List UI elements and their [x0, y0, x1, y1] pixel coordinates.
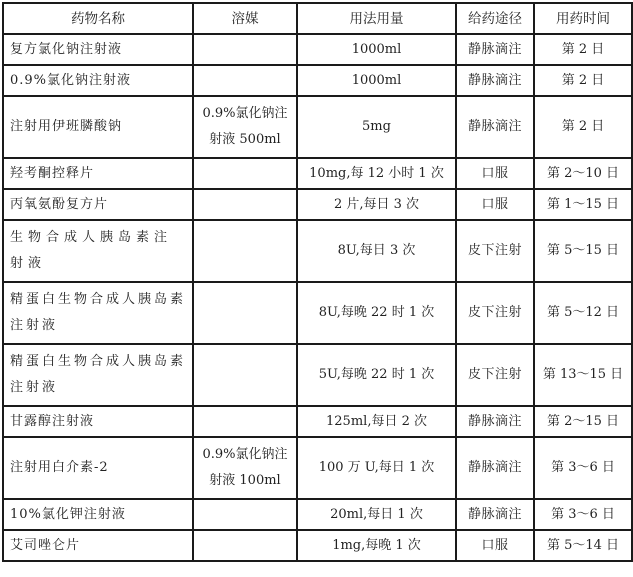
header-drug-name: 药物名称: [3, 3, 193, 34]
table-row: 羟考酮控释片 10mg,每 12 小时 1 次 口服 第 2～10 日: [3, 158, 632, 189]
solvent: [193, 499, 297, 530]
drug-name: 丙氧氨酚复方片: [3, 189, 193, 220]
table-row: 0.9%氯化钠注射液 1000ml 静脉滴注 第 2 日: [3, 65, 632, 96]
solvent: [193, 220, 297, 282]
medication-table: 药物名称 溶媒 用法用量 给药途径 用药时间 复方氯化钠注射液 1000ml 静…: [2, 2, 633, 562]
table-row: 精蛋白生物合成人胰岛素注射液 8U,每晚 22 时 1 次 皮下注射 第 5～1…: [3, 282, 632, 344]
solvent: [193, 34, 297, 65]
table-row: 复方氯化钠注射液 1000ml 静脉滴注 第 2 日: [3, 34, 632, 65]
table-row: 生物合成人胰岛素注射液 8U,每日 3 次 皮下注射 第 5～15 日: [3, 220, 632, 282]
dosage: 20ml,每日 1 次: [297, 499, 456, 530]
route: 口服: [456, 530, 534, 561]
table-row: 甘露醇注射液 125ml,每日 2 次 静脉滴注 第 2～15 日: [3, 406, 632, 437]
time: 第 2 日: [534, 96, 632, 158]
time: 第 5～15 日: [534, 220, 632, 282]
dosage: 8U,每晚 22 时 1 次: [297, 282, 456, 344]
time: 第 2 日: [534, 65, 632, 96]
table-row: 注射用白介素-2 0.9%氯化钠注射液 100ml 100 万 U,每日 1 次…: [3, 437, 632, 499]
route: 口服: [456, 189, 534, 220]
table-row: 丙氧氨酚复方片 2 片,每日 3 次 口服 第 1～15 日: [3, 189, 632, 220]
drug-name: 注射用伊班膦酸钠: [3, 96, 193, 158]
solvent: [193, 189, 297, 220]
time: 第 5～14 日: [534, 530, 632, 561]
table-row: 艾司唑仑片 1mg,每晚 1 次 口服 第 5～14 日: [3, 530, 632, 561]
dosage: 5U,每晚 22 时 1 次: [297, 344, 456, 406]
solvent: [193, 344, 297, 406]
drug-name: 0.9%氯化钠注射液: [3, 65, 193, 96]
header-dosage: 用法用量: [297, 3, 456, 34]
time: 第 3～6 日: [534, 499, 632, 530]
header-time: 用药时间: [534, 3, 632, 34]
time: 第 2 日: [534, 34, 632, 65]
solvent: 0.9%氯化钠注射液 500ml: [193, 96, 297, 158]
drug-name: 艾司唑仑片: [3, 530, 193, 561]
dosage: 125ml,每日 2 次: [297, 406, 456, 437]
solvent: [193, 158, 297, 189]
drug-name: 复方氯化钠注射液: [3, 34, 193, 65]
solvent: [193, 65, 297, 96]
drug-name: 精蛋白生物合成人胰岛素注射液: [3, 344, 193, 406]
drug-name: 精蛋白生物合成人胰岛素注射液: [3, 282, 193, 344]
solvent: [193, 406, 297, 437]
dosage: 1mg,每晚 1 次: [297, 530, 456, 561]
time: 第 2～15 日: [534, 406, 632, 437]
route: 静脉滴注: [456, 406, 534, 437]
time: 第 1～15 日: [534, 189, 632, 220]
drug-name: 羟考酮控释片: [3, 158, 193, 189]
header-route: 给药途径: [456, 3, 534, 34]
route: 静脉滴注: [456, 34, 534, 65]
route: 皮下注射: [456, 282, 534, 344]
route: 静脉滴注: [456, 437, 534, 499]
route: 静脉滴注: [456, 499, 534, 530]
dosage: 1000ml: [297, 65, 456, 96]
drug-name: 甘露醇注射液: [3, 406, 193, 437]
dosage: 100 万 U,每日 1 次: [297, 437, 456, 499]
header-solvent: 溶媒: [193, 3, 297, 34]
time: 第 3～6 日: [534, 437, 632, 499]
table-row: 精蛋白生物合成人胰岛素注射液 5U,每晚 22 时 1 次 皮下注射 第 13～…: [3, 344, 632, 406]
table-header-row: 药物名称 溶媒 用法用量 给药途径 用药时间: [3, 3, 632, 34]
table-row: 注射用伊班膦酸钠 0.9%氯化钠注射液 500ml 5mg 静脉滴注 第 2 日: [3, 96, 632, 158]
route: 口服: [456, 158, 534, 189]
dosage: 5mg: [297, 96, 456, 158]
dosage: 8U,每日 3 次: [297, 220, 456, 282]
drug-name: 注射用白介素-2: [3, 437, 193, 499]
solvent: [193, 282, 297, 344]
dosage: 1000ml: [297, 34, 456, 65]
drug-name: 生物合成人胰岛素注射液: [3, 220, 193, 282]
time: 第 2～10 日: [534, 158, 632, 189]
dosage: 2 片,每日 3 次: [297, 189, 456, 220]
time: 第 13～15 日: [534, 344, 632, 406]
table-row: 10%氯化钾注射液 20ml,每日 1 次 静脉滴注 第 3～6 日: [3, 499, 632, 530]
solvent: 0.9%氯化钠注射液 100ml: [193, 437, 297, 499]
time: 第 5～12 日: [534, 282, 632, 344]
route: 静脉滴注: [456, 65, 534, 96]
drug-name: 10%氯化钾注射液: [3, 499, 193, 530]
route: 静脉滴注: [456, 96, 534, 158]
dosage: 10mg,每 12 小时 1 次: [297, 158, 456, 189]
route: 皮下注射: [456, 220, 534, 282]
route: 皮下注射: [456, 344, 534, 406]
solvent: [193, 530, 297, 561]
